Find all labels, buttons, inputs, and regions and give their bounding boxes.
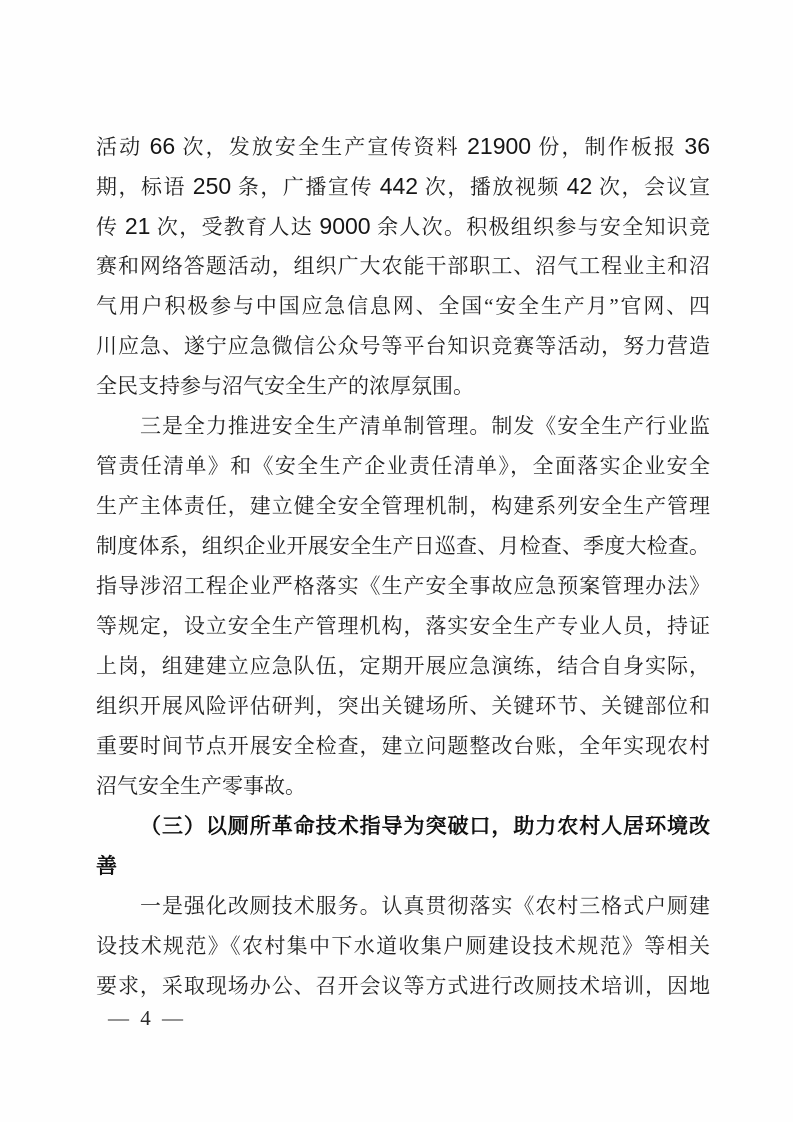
body-text: 份，制作板报 bbox=[531, 135, 684, 159]
statistic-value: 21900 bbox=[467, 133, 531, 159]
section-heading-line-2: 善 bbox=[96, 846, 710, 886]
body-line-10: 生产主体责任，建立健全安全管理机制，构建系列安全生产管理 bbox=[96, 486, 710, 526]
statistic-value: 250 bbox=[193, 173, 231, 199]
body-line-15: 组织开展风险评估研判，突出关键场所、关键环节、关键部位和 bbox=[96, 686, 710, 726]
body-line-13: 等规定，设立安全生产管理机构，落实安全生产专业人员，持证 bbox=[96, 606, 710, 646]
section-heading-line-1: （三）以厕所革命技术指导为突破口，助力农村人居环境改 bbox=[96, 806, 710, 846]
body-text: 期，标语 bbox=[96, 175, 193, 199]
statistic-value: 66 bbox=[150, 133, 176, 159]
statistic-value: 9000 bbox=[319, 213, 370, 239]
body-line-6: 川应急、遂宁应急微信公众号等平台知识竞赛等活动，努力营造 bbox=[96, 326, 710, 366]
body-line-20: 一是强化改厕技术服务。认真贯彻落实《农村三格式户厕建 bbox=[96, 886, 710, 926]
body-line-17: 沼气安全生产零事故。 bbox=[96, 766, 710, 806]
document-page: 活动 66 次，发放安全生产宣传资料 21900 份，制作板报 36 期，标语 … bbox=[0, 0, 793, 1122]
body-line-2: 期，标语 250 条，广播宣传 442 次，播放视频 42 次，会议宣 bbox=[96, 166, 710, 206]
body-line-8: 三是全力推进安全生产清单制管理。制发《安全生产行业监 bbox=[96, 406, 710, 446]
statistic-value: 42 bbox=[567, 173, 593, 199]
body-text: 次，发放安全生产宣传资料 bbox=[175, 135, 467, 159]
body-line-21: 设技术规范》《农村集中下水道收集户厕建设技术规范》等相关 bbox=[96, 926, 710, 966]
statistic-value: 21 bbox=[125, 213, 151, 239]
body-line-11: 制度体系，组织企业开展安全生产日巡查、月检查、季度大检查。 bbox=[96, 526, 710, 566]
body-text: 次，受教育人达 bbox=[150, 215, 319, 239]
body-line-3: 传 21 次，受教育人达 9000 余人次。积极组织参与安全知识竞 bbox=[96, 206, 710, 246]
body-line-9: 管责任清单》和《安全生产企业责任清单》，全面落实企业安全 bbox=[96, 446, 710, 486]
body-text: 次，会议宣 bbox=[592, 175, 710, 199]
body-text: 活动 bbox=[96, 135, 150, 159]
body-line-1: 活动 66 次，发放安全生产宣传资料 21900 份，制作板报 36 bbox=[96, 126, 710, 166]
body-text: 条，广播宣传 bbox=[231, 175, 380, 199]
body-line-14: 上岗，组建建立应急队伍，定期开展应急演练，结合自身实际， bbox=[96, 646, 710, 686]
page-body: 活动 66 次，发放安全生产宣传资料 21900 份，制作板报 36 期，标语 … bbox=[96, 126, 710, 1006]
statistic-value: 442 bbox=[380, 173, 418, 199]
page-number: — 4 — bbox=[108, 1002, 186, 1034]
body-line-5: 气用户积极参与中国应急信息网、全国“安全生产月”官网、四 bbox=[96, 286, 710, 326]
statistic-value: 36 bbox=[684, 133, 710, 159]
body-text: 次，播放视频 bbox=[418, 175, 567, 199]
body-line-16: 重要时间节点开展安全检查，建立问题整改台账，全年实现农村 bbox=[96, 726, 710, 766]
body-line-4: 赛和网络答题活动，组织广大农能干部职工、沼气工程业主和沼 bbox=[96, 246, 710, 286]
body-line-22: 要求，采取现场办公、召开会议等方式进行改厕技术培训，因地 bbox=[96, 966, 710, 1006]
body-line-12: 指导涉沼工程企业严格落实《生产安全事故应急预案管理办法》 bbox=[96, 566, 710, 606]
body-line-7: 全民支持参与沼气安全生产的浓厚氛围。 bbox=[96, 366, 710, 406]
body-text: 余人次。积极组织参与安全知识竞 bbox=[371, 215, 710, 239]
body-text: 传 bbox=[96, 215, 125, 239]
